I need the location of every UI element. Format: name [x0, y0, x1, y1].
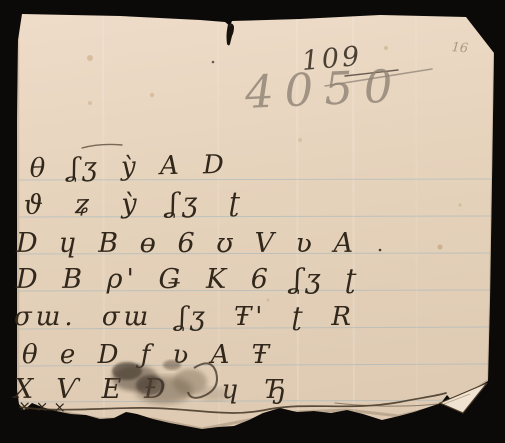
manuscript-line-2: ϑ ʑ ỳ ʆʒ ʈ [24, 189, 245, 219]
fold-corner [440, 383, 487, 413]
crossout-marks: ××× [18, 399, 71, 415]
manuscript-line-6: θ e D ƒ ʋ A Ŧ [22, 342, 273, 368]
manuscript-line-1: θ ʆʒ ỳ A D [29, 152, 228, 182]
manuscript-line-5: σɯ. σɯ ʆʒ Ŧ' ʈ R [14, 304, 355, 330]
manuscript-line-4: D B ρ' Ǥ K 6 ʆʒ ʈ [16, 266, 360, 293]
manuscript-line-3: D ɥ B ɵ 6 ʊ V ʋ A [16, 230, 356, 257]
ink-blot [227, 23, 235, 45]
photo-background: θ ʆʒ ỳ A D ϑ ʑ ỳ ʆʒ ʈ D ɥ B ɵ 6 ʊ V ʋ A … [0, 0, 505, 443]
manuscript-line-7-end: ɥ Ђ [222, 377, 295, 403]
corner-page-number: 16 [451, 41, 469, 55]
number-4050: 4050 [244, 63, 404, 115]
